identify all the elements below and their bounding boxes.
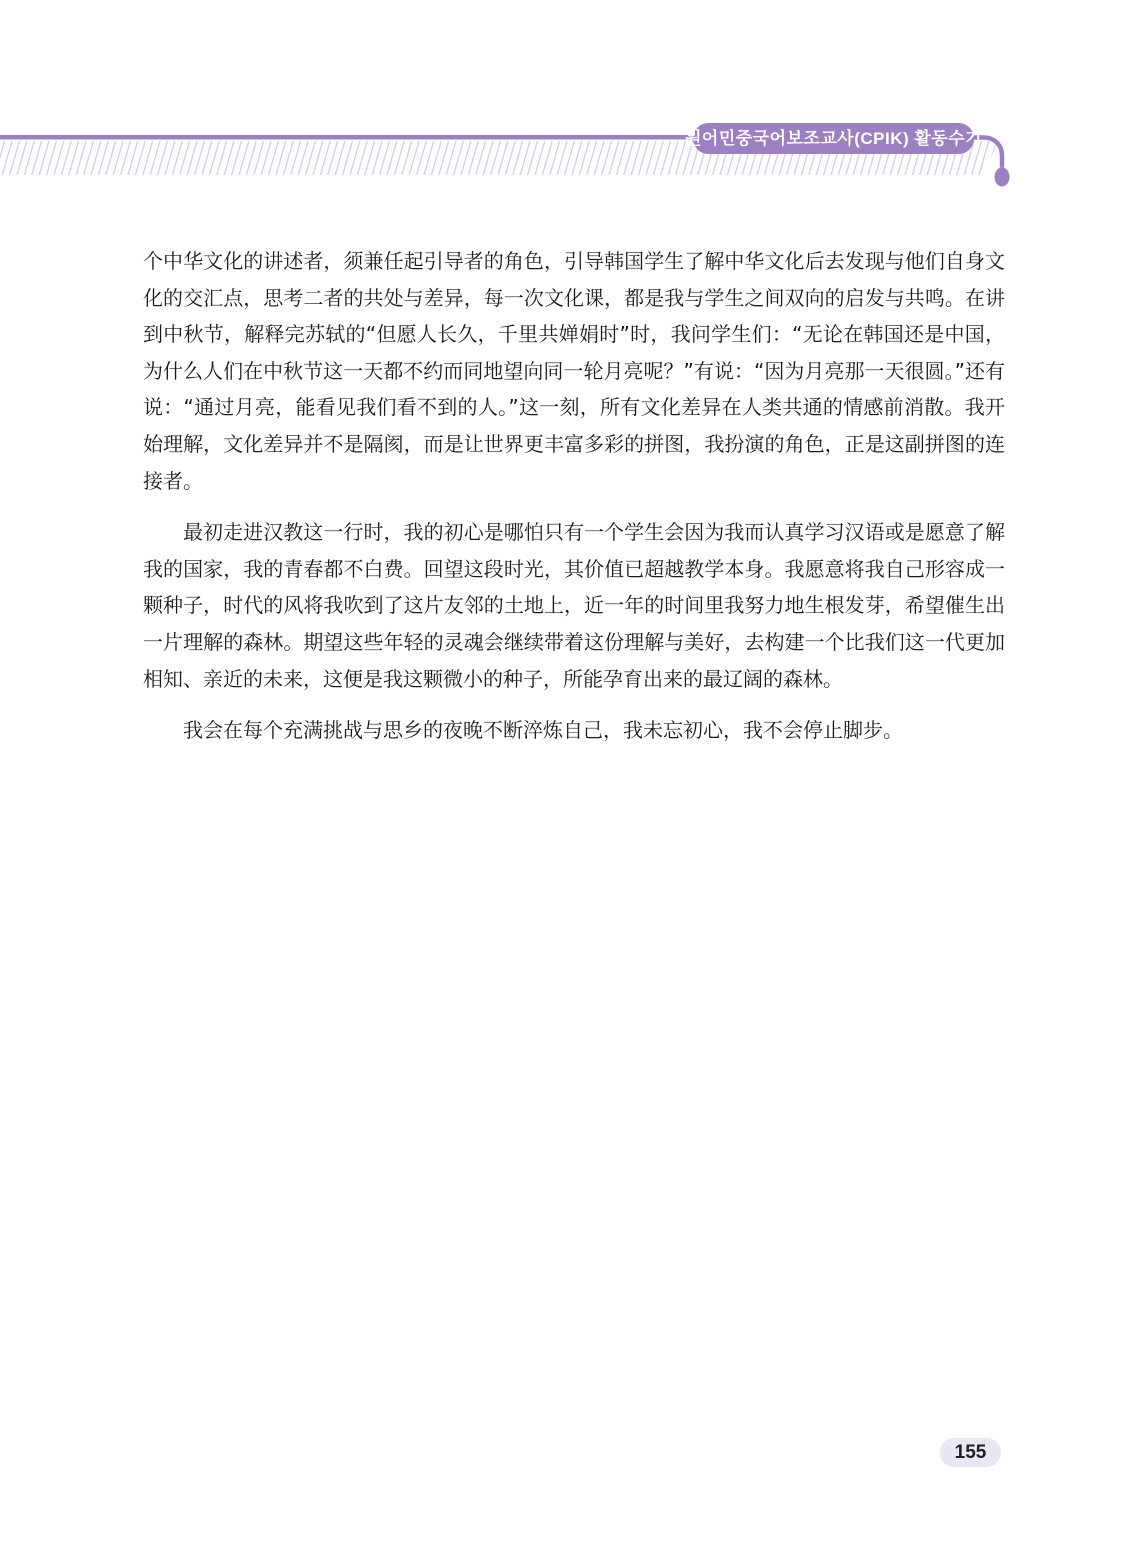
page-number-pill: 155	[940, 1438, 1001, 1467]
essay-paragraph: 我会在每个充满挑战与思乡的夜晚不断淬炼自己，我未忘初心，我不会停止脚步。	[143, 712, 1005, 749]
document-page: 원어민중국어보조교사(CPIK) 활동수기 个中华文化的讲述者，须兼任起引导者的…	[0, 0, 1146, 1555]
essay-body: 个中华文化的讲述者，须兼任起引导者的角色，引导韩国学生了解中华文化后去发现与他们…	[143, 243, 1005, 764]
header-badge-label: 원어민중국어보조교사(CPIK) 활동수기	[685, 130, 982, 147]
header-badge: 원어민중국어보조교사(CPIK) 활동수기	[693, 123, 974, 154]
header-rule	[0, 135, 710, 140]
essay-paragraph: 最初走进汉教这一行时，我的初心是哪怕只有一个学生会因为我而认真学习汉语或是愿意了…	[143, 514, 1005, 697]
connector-dot-icon	[995, 168, 1010, 187]
essay-paragraph: 个中华文化的讲述者，须兼任起引导者的角色，引导韩国学生了解中华文化后去发现与他们…	[143, 243, 1005, 499]
header-decoration	[0, 0, 1146, 210]
page-number: 155	[955, 1443, 987, 1462]
